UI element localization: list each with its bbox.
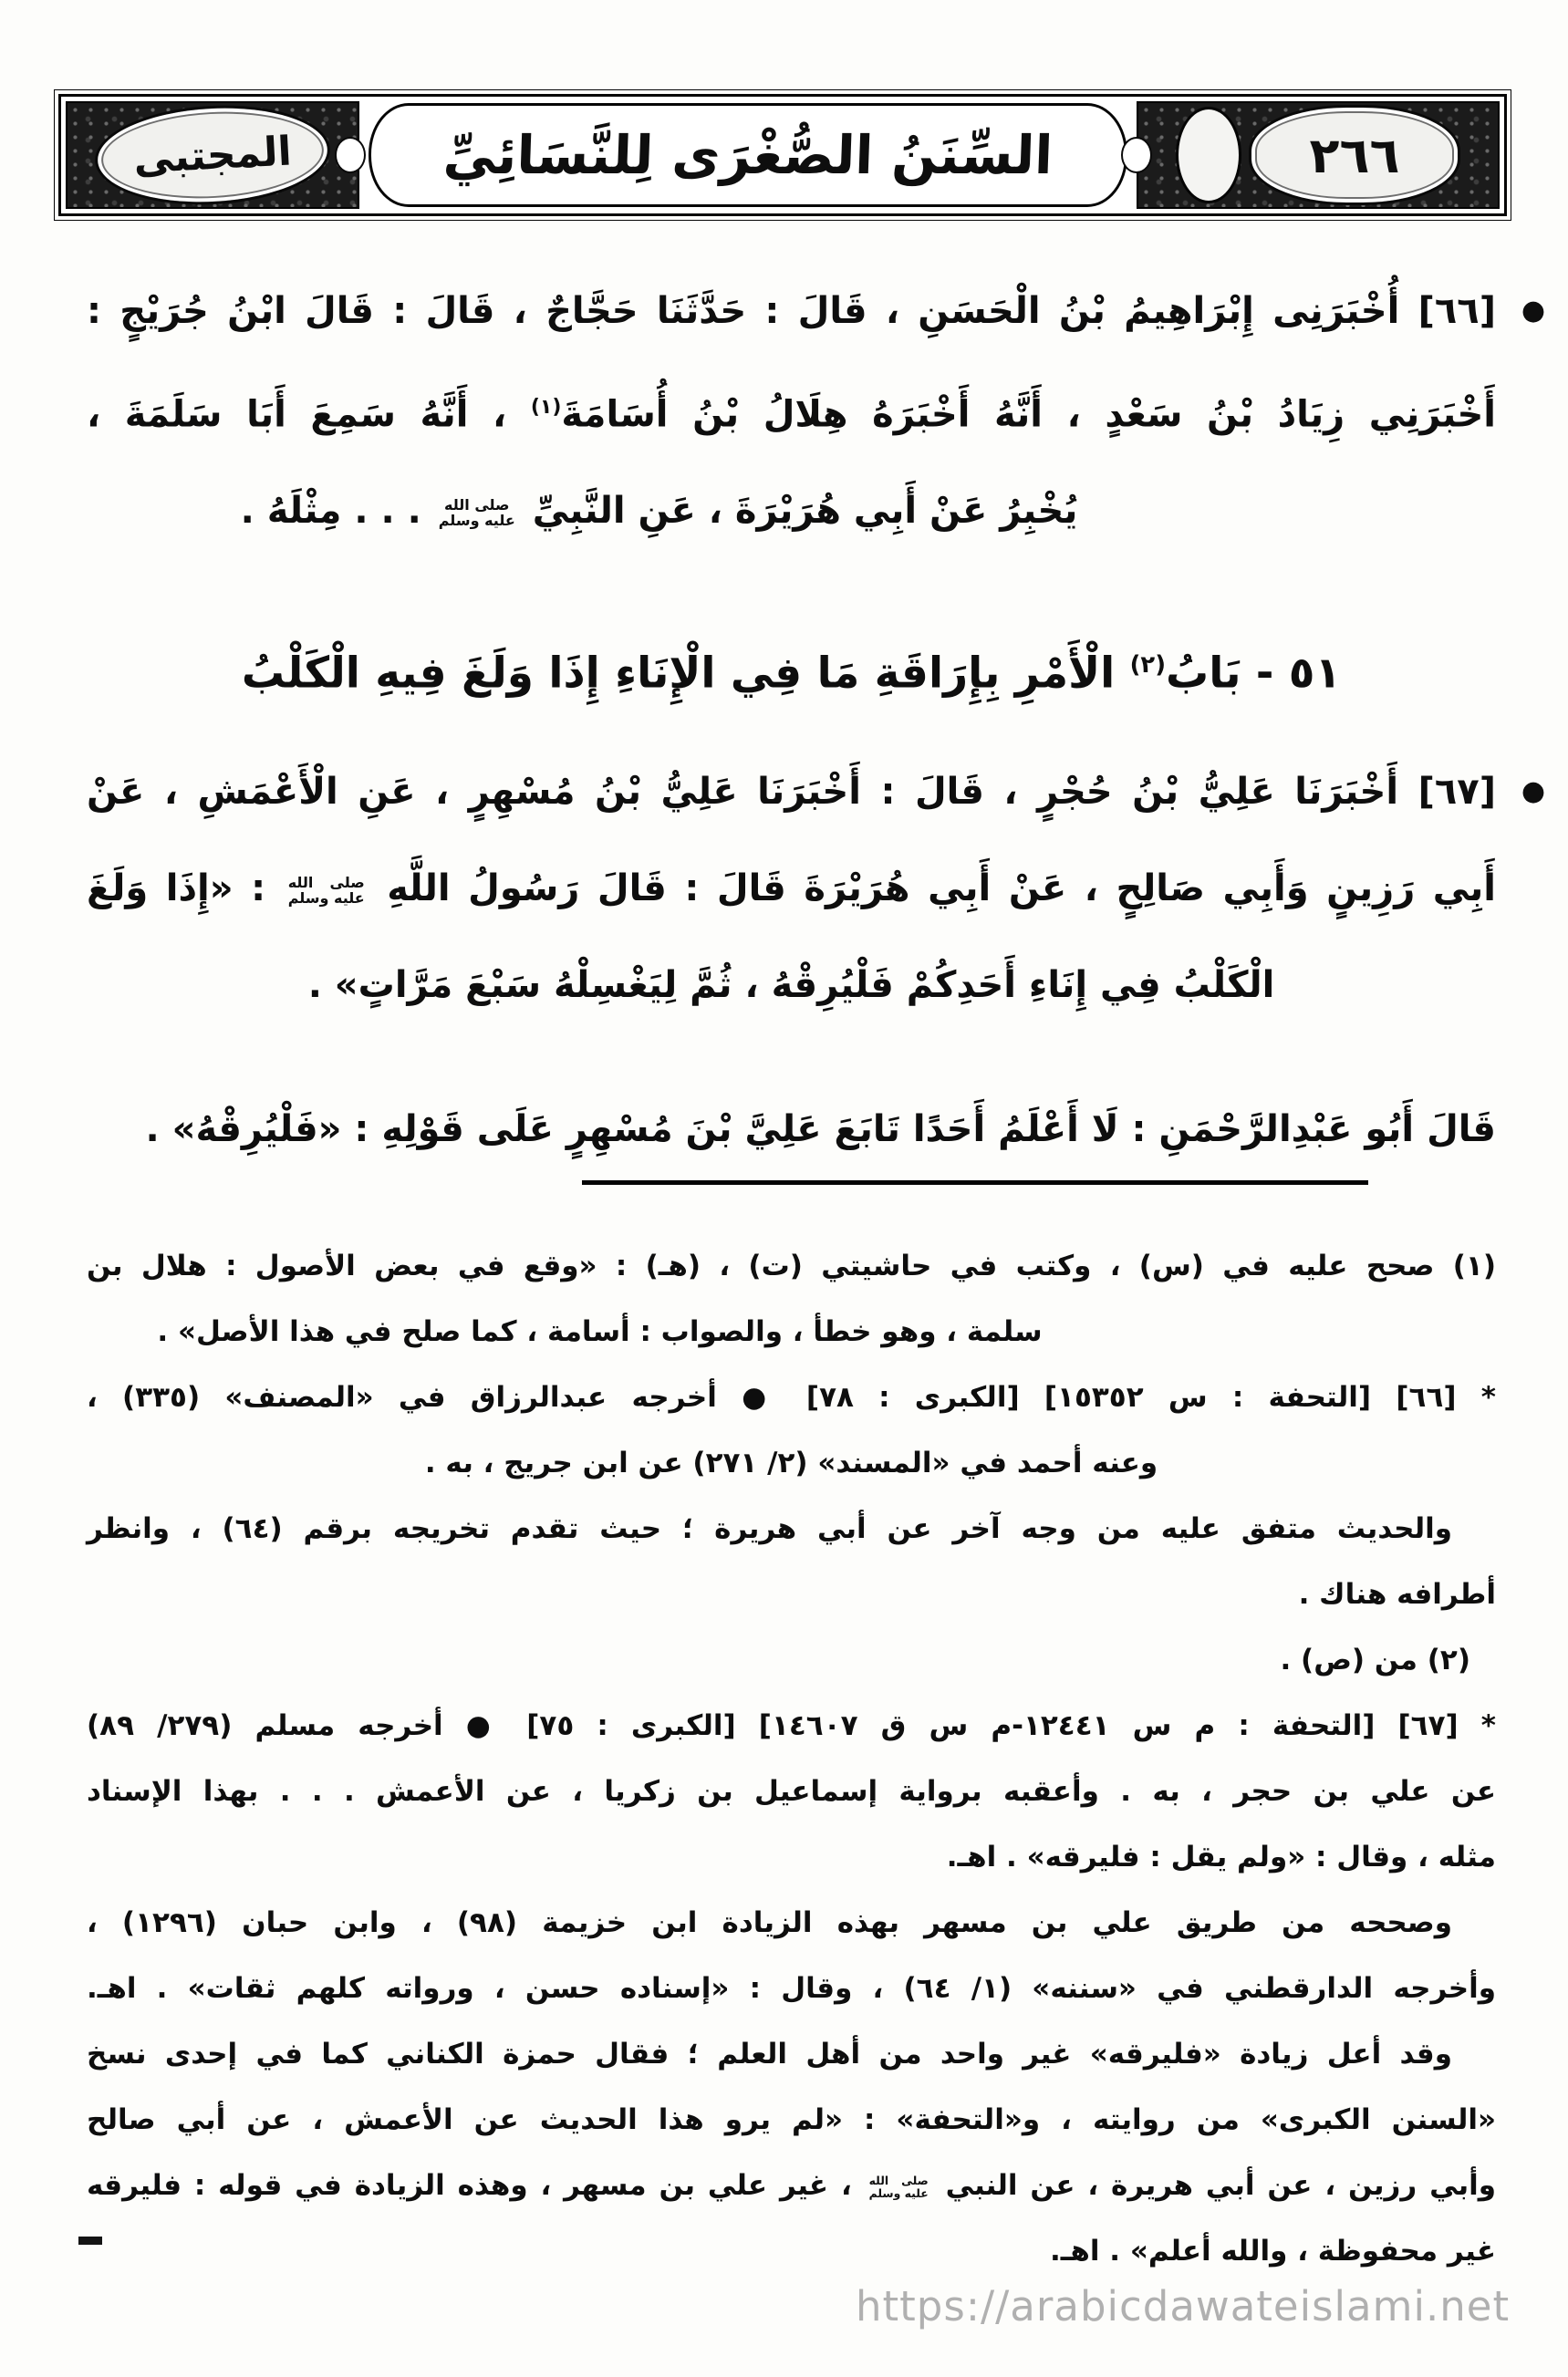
takhrij-66-comment-line-1: والحديث متفق عليه من وجه آخر عن أبي هرير… bbox=[87, 1496, 1496, 1562]
honorific-bottom: عليه وسلم bbox=[439, 513, 515, 528]
edition-medallion: المجتبى bbox=[92, 99, 332, 210]
hadith-67: ● [٦٧] أَخْبَرَنَا عَلِيُّ بْنُ حُجْرٍ ،… bbox=[87, 743, 1496, 1033]
hadith-66-text-2b: ، أَنَّهُ سَمِعَ أَبَا سَلَمَةَ ، bbox=[87, 393, 506, 435]
hadith-66-text-1: أُخْبَرَنِى إِبْرَاهِيمُ بْنُ الْحَسَنِ … bbox=[87, 290, 1399, 332]
footnote-separator bbox=[582, 1180, 1368, 1185]
takhrij-67-comment-b-line-1: وقد أعل زيادة «فليرقه» غير واحد من أهل ا… bbox=[87, 2021, 1496, 2087]
book-title: السِّنَنُ الصُّغْرَى لِلنَّسَائِيِّ bbox=[442, 124, 1054, 186]
takhrij-67-comment-a-line-2: وأخرجه الدارقطني في «سننه» (١/ ٦٤) ، وقا… bbox=[87, 1956, 1496, 2021]
hadith-66-text-2a: أَخْبَرَنِي زِيَادُ بْنُ سَعْدٍ ، أَنَّه… bbox=[561, 393, 1496, 435]
header-title-cartouche: السِّنَنُ الصُّغْرَى لِلنَّسَائِيِّ bbox=[369, 103, 1127, 207]
page-number: ٢٦٦ bbox=[1310, 127, 1400, 184]
footnote-1-line-2: سلمة ، وهو خطأ ، والصواب : أسامة ، كما ص… bbox=[87, 1299, 1113, 1365]
takhrij-67-line-1: * [٦٧] [التحفة : م س ١٢٤٤١-م س ق ١٤٦٠٧] … bbox=[87, 1693, 1496, 1759]
hadith-67-line-1: ● [٦٧] أَخْبَرَنَا عَلِيُّ بْنُ حُجْرٍ ،… bbox=[87, 743, 1496, 840]
hadith-66-text-3b: . . . مِثْلَهُ . bbox=[241, 490, 421, 532]
chapter-heading: ٥١ - بَابُ(٢) الْأَمْرِ بِإِرَاقَةِ مَا … bbox=[87, 623, 1496, 716]
sallallahu-alayhi-wasallam-icon: صلى اللهعليه وسلم bbox=[288, 875, 365, 907]
footnote-2-marker: (٢) bbox=[1130, 651, 1166, 679]
honorific-top: صلى الله bbox=[869, 2175, 929, 2186]
footnotes: (١) صحح عليه في (س) ، وكتب في حاشيتي (ت)… bbox=[87, 1233, 1496, 2284]
header-right-ornament: ٢٦٦ bbox=[1137, 101, 1500, 209]
hadith-66-line-3: يُخْبِرُ عَنْ أَبِي هُرَيْرَةَ ، عَنِ ال… bbox=[87, 462, 1231, 559]
hadith-66-text-3a: يُخْبِرُ عَنْ أَبِي هُرَيْرَةَ ، عَنِ ال… bbox=[533, 490, 1078, 532]
margin-dash-mark bbox=[78, 2237, 102, 2245]
chapter-number: ٥١ - بَابُ bbox=[1166, 649, 1341, 699]
ornament-bead bbox=[1121, 137, 1152, 173]
hadith-66-line-1: ● [٦٦] أُخْبَرَنِى إِبْرَاهِيمُ بْنُ الْ… bbox=[87, 263, 1496, 359]
takhrij-67-line-2: عن علي بن حجر ، به . وأعقبه برواية إسماع… bbox=[87, 1759, 1496, 1824]
chapter-title: الْأَمْرِ بِإِرَاقَةِ مَا فِي الْإِنَاءِ… bbox=[242, 649, 1115, 699]
takhrij-66-line-2: وعنه أحمد في «المسند» (٢/ ٢٧١) عن ابن جر… bbox=[87, 1430, 1496, 1496]
takhrij-66-comment-line-2: أطرافه هناك . bbox=[87, 1562, 1496, 1627]
hadith-67-text-2a: أَبِي رَزِينٍ وَأَبِي صَالِحٍ ، عَنْ أَب… bbox=[387, 867, 1496, 909]
header-left-ornament: المجتبى bbox=[66, 101, 359, 209]
hadith-67-line-3: الْكَلْبُ فِي إِنَاءِ أَحَدِكُمْ فَلْيُر… bbox=[87, 937, 1496, 1033]
honorific-top: صلى الله bbox=[439, 497, 515, 513]
takhrij-67-comment-b-line-3: وأبي رزين ، عن أبي هريرة ، عن النبي صلى … bbox=[87, 2153, 1496, 2218]
hadith-67-number: [٦٧] bbox=[1418, 771, 1496, 813]
author-note: قَالَ أَبُو عَبْدِالرَّحْمَنِ : لَا أَعْ… bbox=[87, 1085, 1496, 1173]
ornament-bead bbox=[335, 137, 366, 173]
hadith-67-line-2: أَبِي رَزِينٍ وَأَبِي صَالِحٍ ، عَنْ أَب… bbox=[87, 840, 1496, 937]
takhrij-67-comment-b-line-2: «السنن الكبرى» من روايته ، و«التحفة» : «… bbox=[87, 2087, 1496, 2153]
takhrij-67-line-3: مثله ، وقال : «ولم يقل : فليرقه» . اهـ. bbox=[87, 1824, 1496, 1890]
footnote-1-marker: (١) bbox=[531, 396, 562, 419]
sallallahu-alayhi-wasallam-icon: صلى اللهعليه وسلم bbox=[869, 2175, 929, 2199]
watermark: https://arabicdawateislami.net bbox=[856, 2282, 1510, 2330]
sallallahu-alayhi-wasallam-icon: صلى اللهعليه وسلم bbox=[439, 497, 515, 529]
honorific-top: صلى الله bbox=[288, 875, 365, 890]
hadith-66-number: [٦٦] bbox=[1418, 290, 1496, 332]
hadith-67-text-2b: : «إِذَا وَلَغَ bbox=[87, 867, 265, 909]
footnote-2: (٢) من (ص) . bbox=[87, 1627, 1496, 1693]
page-header-band: المجتبى السِّنَنُ الصُّغْرَى لِلنَّسَائِ… bbox=[58, 94, 1507, 216]
page-number-medallion: ٢٦٦ bbox=[1249, 105, 1460, 205]
hadith-bullet-icon: ● bbox=[1521, 743, 1545, 840]
honorific-bottom: عليه وسلم bbox=[288, 890, 365, 906]
takhrij-67-comment-a-line-1: وصححه من طريق علي بن مسهر بهذه الزيادة ا… bbox=[87, 1890, 1496, 1956]
takhrij-67-comment-b-text-3b: ، غير علي بن مسهر ، وهذه الزيادة في قوله… bbox=[87, 2169, 852, 2202]
hadith-66-line-2: أَخْبَرَنِي زِيَادُ بْنُ سَعْدٍ ، أَنَّه… bbox=[87, 359, 1496, 462]
takhrij-67-comment-b-text-3a: وأبي رزين ، عن أبي هريرة ، عن النبي bbox=[946, 2169, 1496, 2202]
hadith-bullet-icon: ● bbox=[1521, 263, 1545, 359]
takhrij-67-comment-b-line-4: غير محفوظة ، والله أعلم» . اهـ. bbox=[87, 2218, 1496, 2284]
takhrij-66-line-1: * [٦٦] [التحفة : س ١٥٣٥٢] [الكبرى : ٧٨] … bbox=[87, 1365, 1496, 1430]
footnote-1-line-1: (١) صحح عليه في (س) ، وكتب في حاشيتي (ت)… bbox=[87, 1233, 1496, 1299]
honorific-bottom: عليه وسلم bbox=[869, 2187, 929, 2199]
edition-medallion-label: المجتبى bbox=[132, 128, 293, 182]
hadith-66: ● [٦٦] أُخْبَرَنِى إِبْرَاهِيمُ بْنُ الْ… bbox=[87, 263, 1496, 559]
hadith-67-text-1: أَخْبَرَنَا عَلِيُّ بْنُ حُجْرٍ ، قَالَ … bbox=[87, 771, 1398, 813]
book-page: { "header": { "edition_medallion": "المج… bbox=[0, 0, 1568, 2377]
ornament-oval bbox=[1176, 107, 1241, 203]
hadith-67-text-3: الْكَلْبُ فِي إِنَاءِ أَحَدِكُمْ فَلْيُر… bbox=[308, 964, 1275, 1006]
